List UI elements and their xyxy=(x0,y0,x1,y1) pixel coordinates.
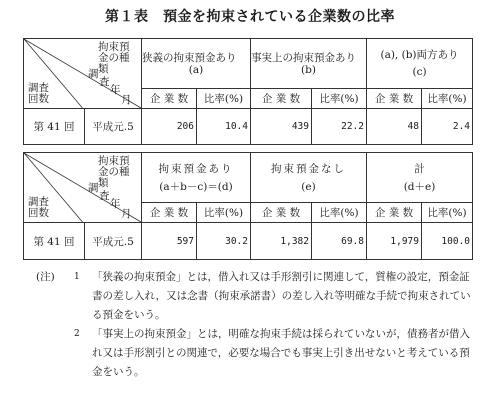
sub-header-ratio: 比率(%) xyxy=(422,89,473,109)
table-restricted-deposits-breakdown: 拘束預金の種類 調 査 年 月 調査回数 狭義の拘束預金あり (a) 事実上の拘… xyxy=(23,38,473,145)
corner-header: 拘束預金の種類 調 査 年 月 調査回数 xyxy=(24,39,142,109)
sub-header-count: 企 業 数 xyxy=(142,89,197,109)
note-text: 「事実上の拘束預金」とは，明確な拘束手続は採られていないが，債務者が借入れ又は手… xyxy=(92,328,470,378)
survey-date: 平成元.5 xyxy=(85,223,142,260)
sub-header-count: 企 業 数 xyxy=(251,203,312,223)
table-row: 第 41 回 平成元.5 597 30.2 1,382 69.8 1,979 1… xyxy=(24,223,473,260)
value-c-count: 48 xyxy=(367,109,422,145)
group-header-e: 拘束預金なし (e) xyxy=(251,153,367,203)
note-tag: (注) xyxy=(36,268,55,287)
value-d-ratio: 30.2 xyxy=(197,223,251,260)
value-c-ratio: 2.4 xyxy=(422,109,473,145)
sub-header-ratio: 比率(%) xyxy=(422,203,473,223)
value-total-ratio: 100.0 xyxy=(422,223,473,260)
note-text: 「狭義の拘束預金」とは，借入れ又は手形割引に関連して，質権の設定，預金証書の差し… xyxy=(92,271,471,321)
table-restricted-deposits-totals: 拘束預金の種類 調 査 年 月 調査回数 拘束預金あり (a＋b－c)＝(d) … xyxy=(23,152,473,260)
value-e-ratio: 69.8 xyxy=(312,223,367,260)
corner-deposit-type-label: 拘束預金の種類 xyxy=(98,156,138,189)
sub-header-count: 企 業 数 xyxy=(251,89,312,109)
corner-survey-label-3: 年 xyxy=(110,199,121,210)
sub-header-ratio: 比率(%) xyxy=(312,89,367,109)
footnotes: (注) 1 「狭義の拘束預金」とは，借入れ又は手形割引に関連して，質権の設定，預… xyxy=(36,268,476,382)
survey-round: 第 41 回 xyxy=(24,109,85,145)
footnote-2: 2 「事実上の拘束預金」とは，明確な拘束手続は採られていないが，債務者が借入れ又… xyxy=(36,325,476,382)
value-d-count: 597 xyxy=(142,223,197,260)
group-header-total: 計 (d＋e) xyxy=(367,153,473,203)
value-a-count: 206 xyxy=(142,109,197,145)
group-header-c: (a), (b)両方あり (c) xyxy=(367,39,473,89)
table-row: 第 41 回 平成元.5 206 10.4 439 22.2 48 2.4 xyxy=(24,109,473,145)
sub-header-count: 企 業 数 xyxy=(367,203,422,223)
note-number: 2 xyxy=(74,325,80,344)
sub-header-ratio: 比率(%) xyxy=(197,89,251,109)
corner-survey-label-2: 査 xyxy=(99,191,110,202)
corner-deposit-type-label: 拘束預金の種類 xyxy=(98,42,138,75)
sub-header-ratio: 比率(%) xyxy=(312,203,367,223)
sub-header-count: 企 業 数 xyxy=(367,89,422,109)
corner-round-label: 調査回数 xyxy=(28,83,56,105)
group-header-b: 事実上の拘束預金あり (b) xyxy=(251,39,367,89)
value-total-count: 1,979 xyxy=(367,223,422,260)
value-a-ratio: 10.4 xyxy=(197,109,251,145)
value-b-count: 439 xyxy=(251,109,312,145)
group-header-a: 狭義の拘束預金あり (a) xyxy=(142,39,251,89)
corner-survey-label-3: 年 xyxy=(110,85,121,96)
value-e-count: 1,382 xyxy=(251,223,312,260)
corner-survey-label-4: 月 xyxy=(121,209,132,220)
corner-survey-label-1: 調 xyxy=(88,69,99,80)
sub-header-count: 企 業 数 xyxy=(142,203,197,223)
corner-round-label: 調査回数 xyxy=(28,197,56,219)
table-title: 第１表 預金を拘束されている企業数の比率 xyxy=(0,6,500,26)
survey-round: 第 41 回 xyxy=(24,223,85,260)
corner-survey-label-4: 月 xyxy=(121,95,132,106)
group-header-d: 拘束預金あり (a＋b－c)＝(d) xyxy=(142,153,251,203)
survey-date: 平成元.5 xyxy=(85,109,142,145)
sub-header-ratio: 比率(%) xyxy=(197,203,251,223)
value-b-ratio: 22.2 xyxy=(312,109,367,145)
corner-header: 拘束預金の種類 調 査 年 月 調査回数 xyxy=(24,153,142,223)
footnote-1: (注) 1 「狭義の拘束預金」とは，借入れ又は手形割引に関連して，質権の設定，預… xyxy=(36,268,476,325)
corner-survey-label-1: 調 xyxy=(88,183,99,194)
note-number: 1 xyxy=(74,268,80,287)
corner-survey-label-2: 査 xyxy=(99,77,110,88)
